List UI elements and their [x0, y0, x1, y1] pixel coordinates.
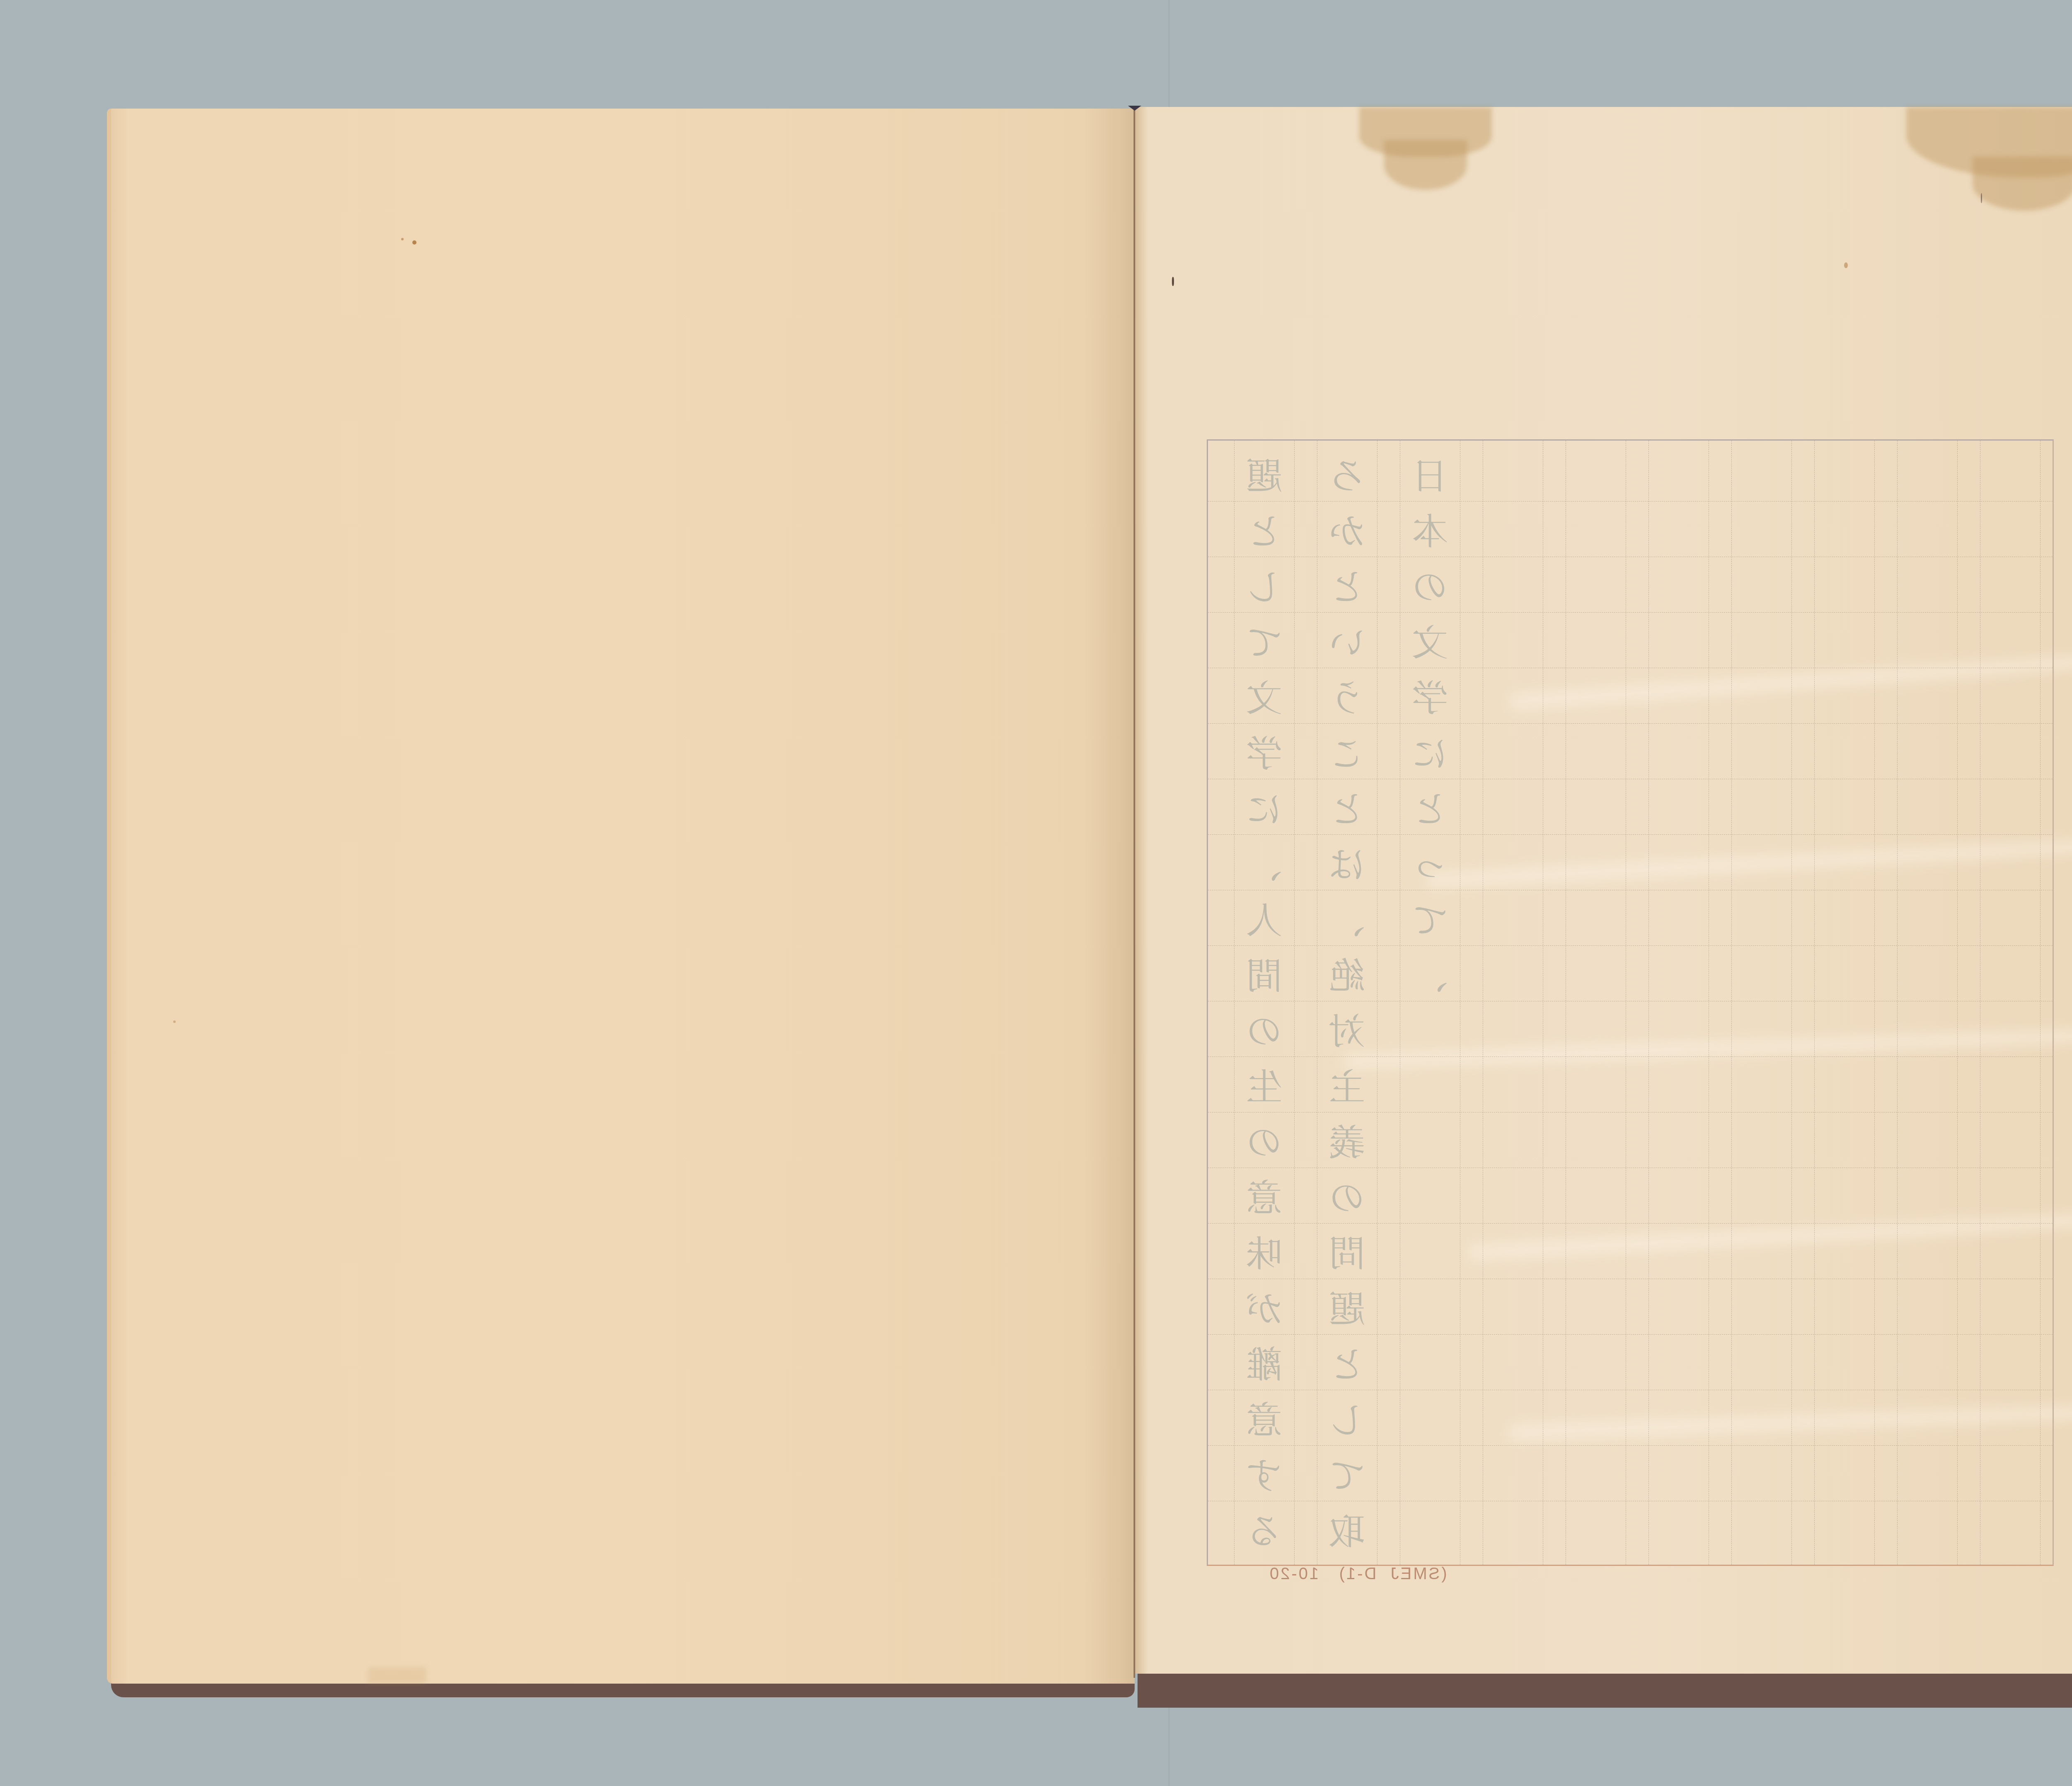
ruby-column: [1211, 441, 1234, 1565]
ruby-column: [1377, 441, 1400, 1565]
show-through-glyph: 、: [1317, 890, 1377, 945]
show-through-glyph: と: [1317, 779, 1377, 834]
show-through-glyph: の: [1400, 557, 1460, 612]
show-through-glyph: 問: [1317, 1223, 1377, 1279]
show-through-glyph: 義: [1317, 1112, 1377, 1168]
show-through-glyph: し: [1317, 1390, 1377, 1445]
show-through-glyph: て: [1400, 890, 1460, 945]
stain: [368, 1667, 426, 1684]
show-through-glyph: し: [1234, 557, 1294, 612]
show-through-glyph: 生: [1234, 1057, 1294, 1112]
show-through-glyph: ろ: [1317, 446, 1377, 501]
grid-footer-imprint: (SMEJ D-1) 10-20: [1268, 1565, 1447, 1583]
show-through-glyph: の: [1234, 1112, 1294, 1168]
show-through-glyph: 題: [1234, 446, 1294, 501]
ruby-column: [1957, 441, 1980, 1565]
show-through-glyph: 離: [1234, 1334, 1294, 1390]
ruby-column: [1543, 441, 1566, 1565]
show-through-glyph: 絶: [1317, 945, 1377, 1001]
show-through-glyph: て: [1317, 1445, 1377, 1501]
ruby-column: [1709, 441, 1732, 1565]
show-through-glyph: 日: [1400, 446, 1460, 501]
show-through-glyph: 意: [1234, 1168, 1294, 1223]
ruby-column: [1460, 441, 1483, 1565]
show-through-glyph: 文: [1400, 612, 1460, 668]
show-through-glyph: 文: [1234, 668, 1294, 723]
ruby-column: [1626, 441, 1649, 1565]
show-through-glyph: る: [1234, 1501, 1294, 1556]
show-through-glyph: す: [1234, 1445, 1294, 1501]
show-through-glyph: と: [1317, 557, 1377, 612]
main-column: [1814, 441, 1875, 1565]
water-stain: [1384, 140, 1467, 190]
show-through-glyph: い: [1317, 612, 1377, 668]
manuscript-grid: 題として文学に、人間の生の意味が離意するろかということは、絶対主義の問題として取…: [1207, 439, 2054, 1566]
main-column: [1897, 441, 1958, 1565]
show-through-glyph: の: [1234, 1001, 1294, 1057]
show-through-glyph: 題: [1317, 1279, 1377, 1334]
ruby-column: [1874, 441, 1898, 1565]
ink-mark: [1981, 193, 1982, 203]
main-column: [1648, 441, 1709, 1565]
show-through-glyph: が: [1234, 1279, 1294, 1334]
foxing-spot: [412, 240, 416, 245]
show-through-glyph: 学: [1234, 723, 1294, 779]
show-through-glyph: 人: [1234, 890, 1294, 945]
main-column: [1483, 441, 1543, 1565]
show-through-glyph: か: [1317, 501, 1377, 557]
show-through-glyph: に: [1234, 779, 1294, 834]
show-through-glyph: 取: [1317, 1501, 1377, 1556]
ink-mark: [1172, 277, 1174, 286]
show-through-glyph: 本: [1400, 501, 1460, 557]
book-spine: [1133, 107, 1135, 1678]
show-through-glyph: 、: [1234, 834, 1294, 890]
show-through-glyph: て: [1234, 612, 1294, 668]
main-column: [1731, 441, 1792, 1565]
foxing-spot: [1844, 262, 1848, 268]
show-through-glyph: っ: [1400, 834, 1460, 890]
main-column: [1566, 441, 1626, 1565]
ruby-column: [1791, 441, 1815, 1565]
show-through-glyph: 対: [1317, 1001, 1377, 1057]
show-through-glyph: こ: [1317, 723, 1377, 779]
foxing-spot: [401, 238, 404, 240]
show-through-glyph: 味: [1234, 1223, 1294, 1279]
show-through-glyph: の: [1317, 1168, 1377, 1223]
show-through-glyph: う: [1317, 668, 1377, 723]
show-through-glyph: 間: [1234, 945, 1294, 1001]
ruby-column: [1294, 441, 1317, 1565]
show-through-glyph: 意: [1234, 1390, 1294, 1445]
show-through-glyph: 学: [1400, 668, 1460, 723]
main-column: [1980, 441, 2041, 1565]
show-through-glyph: と: [1234, 501, 1294, 557]
show-through-glyph: 、: [1400, 945, 1460, 1001]
water-stain: [1973, 157, 2072, 211]
left-page: [107, 109, 1135, 1684]
foxing-spot: [173, 1020, 176, 1023]
show-through-glyph: と: [1400, 779, 1460, 834]
show-through-glyph: 主: [1317, 1057, 1377, 1112]
show-through-glyph: は: [1317, 834, 1377, 890]
show-through-glyph: に: [1400, 723, 1460, 779]
show-through-glyph: と: [1317, 1334, 1377, 1390]
right-page-shadow: [1138, 1670, 2072, 1708]
